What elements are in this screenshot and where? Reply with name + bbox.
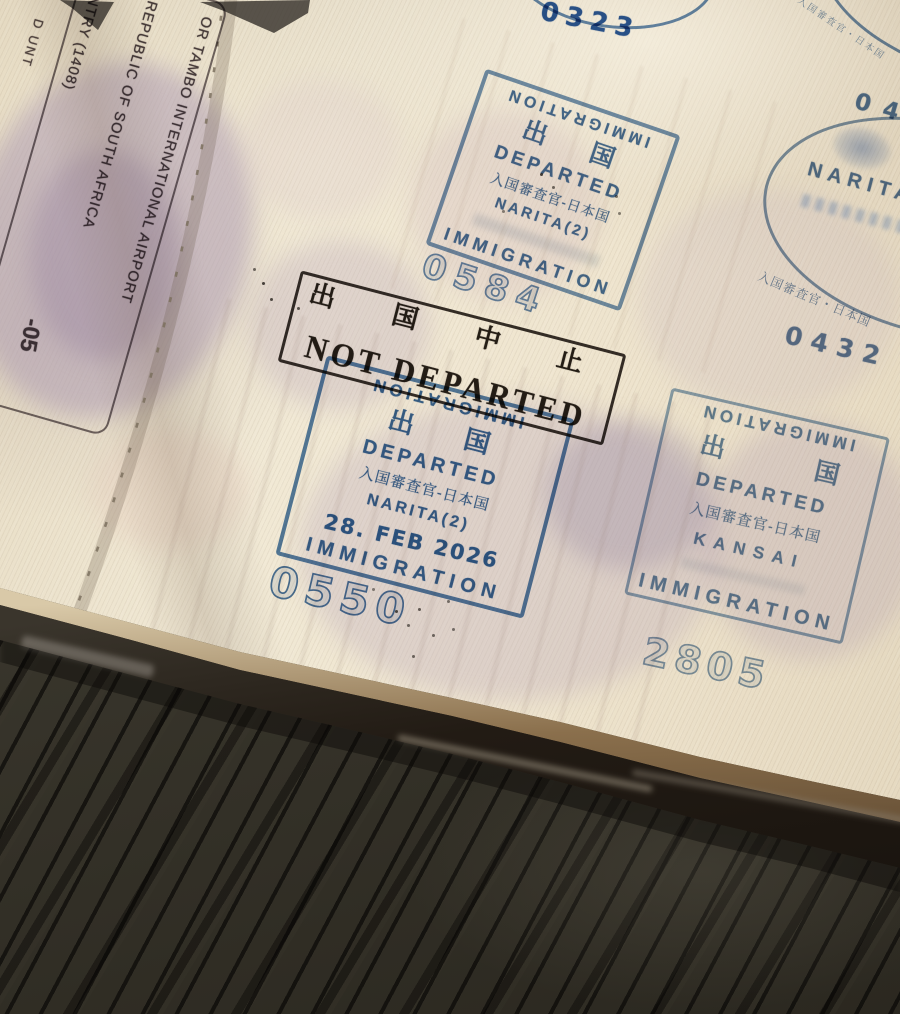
stamp-row-kanji: 出 国: [698, 432, 842, 490]
page-artwork-blob: [30, 150, 180, 360]
stamp-number-0550: 0550: [264, 556, 416, 636]
stamp-row-departed: DEPARTED: [694, 470, 830, 520]
stamp-row-kanji: 出 国: [519, 116, 618, 172]
stamp-kansai: IMMIGRATION 出 国 DEPARTED 入国審査官-日本国 KANSA…: [624, 388, 890, 645]
stamp-row-immigration-top: IMMIGRATION: [698, 401, 857, 454]
stamp-narita2-0584: IMMIGRATION 出 国 DEPARTED 入国審査官-日本国 NARIT…: [425, 69, 680, 312]
stamp-oval-narita: [740, 83, 900, 373]
sa-stamp-country-line: REPUBLIC OF SOUTH AFRICA: [30, 0, 159, 401]
page-artwork-blob: [410, 110, 600, 300]
stamp-south-africa-entry: OR TAMBO INTERNATIONAL AIRPORT REPUBLIC …: [0, 0, 229, 437]
stamp-number-04: 04: [852, 89, 900, 130]
stamp-number-0584: 0584: [417, 246, 554, 324]
page-artwork-blob: [240, 80, 400, 220]
stamp-smudge: [829, 121, 895, 175]
stamp-row-officer: 入国審査官-日本国: [688, 501, 822, 546]
stamp-narita2-0550: IMMIGRATION 出 国 DEPARTED 入国審査官-日本国 NARIT…: [275, 355, 574, 619]
airplane-silhouette-icon: [52, 0, 312, 42]
stamp-row-immigration-top: IMMIGRATION: [368, 374, 526, 431]
stamp-date-smudge: [681, 557, 806, 595]
page-artwork-blob: [640, 190, 900, 410]
page-artwork-blob: [300, 400, 720, 700]
sa-stamp-entry-line: ENTRY (1408): [60, 0, 105, 92]
stamp-row-immigration-bottom: IMMIGRATION: [442, 225, 615, 300]
page-artwork-blob: [90, 430, 250, 550]
faded-glyph-row: [800, 194, 900, 236]
stamp-arc-text-top-right: 入国審査官・日本国: [795, 0, 900, 77]
stamp-number-2805: 2805: [639, 629, 775, 699]
not-departed-kanji: 出 国 中 止: [306, 279, 611, 384]
stamp-row-officer: 入国審査官-日本国: [489, 170, 613, 225]
stamp-row-kanji: 出 国: [385, 406, 493, 458]
passport-pages: OR TAMBO INTERNATIONAL AIRPORT REPUBLIC …: [0, 0, 900, 1014]
stamp-date: 28. FEB 2026: [321, 510, 500, 572]
stamp-row-port: KANSAI: [692, 530, 806, 573]
page-artwork-blob: [250, 240, 430, 410]
page-artwork-blob: [700, 420, 900, 660]
stamp-number-0323: 0323: [538, 0, 642, 45]
oval-narita-title: NARITA: [805, 158, 900, 209]
kanji-country: 国: [586, 140, 618, 173]
text-fragment-left-top: D UNT: [7, 17, 46, 108]
stamp-oval-partial-top-right: [797, 0, 900, 118]
stamp-row-immigration-top: IMMIGRATION: [504, 84, 653, 149]
stamp-row-officer: 入国審査官-日本国: [357, 466, 491, 515]
stamp-row-port: NARITA(2): [365, 493, 472, 536]
ink-speckles: [262, 282, 265, 285]
stamp-row-departed: DEPARTED: [360, 436, 501, 492]
kanji-country: 国: [812, 458, 842, 489]
stamp-row-port: NARITA(2): [493, 196, 594, 244]
stamp-row-departed: DEPARTED: [491, 142, 625, 205]
photo-scene: OR TAMBO INTERNATIONAL AIRPORT REPUBLIC …: [0, 0, 900, 1014]
stamp-oval-partial-top: [500, 0, 725, 42]
spine-fold-shadow: [14, 0, 287, 686]
oval-narita-arc-text: 入国審査官・日本国: [755, 267, 900, 352]
kanji-depart: 出: [519, 116, 551, 149]
stamp-row-immigration-bottom: IMMIGRATION: [304, 534, 504, 605]
sa-stamp-airport-line: OR TAMBO INTERNATIONAL AIRPORT: [85, 15, 214, 417]
kanji-country: 国: [461, 426, 493, 459]
kanji-depart: 出: [698, 432, 728, 463]
text-fragment-left-date: -05: [9, 317, 46, 381]
page-binding-stitches: [0, 0, 900, 1014]
stamp-not-departed: 出 国 中 止 NOT DEPARTED: [278, 270, 627, 445]
page-artwork-blob: [545, 420, 715, 570]
stamp-number-0432: 0432: [782, 320, 891, 372]
stamp-row-immigration-bottom: IMMIGRATION: [636, 570, 837, 636]
page-artwork-stripes: [390, 18, 810, 382]
page-artwork-blob: [0, 30, 292, 450]
not-departed-text: NOT DEPARTED: [301, 330, 590, 436]
kanji-depart: 出: [385, 406, 417, 439]
stamp-date-smudge: [471, 213, 601, 268]
